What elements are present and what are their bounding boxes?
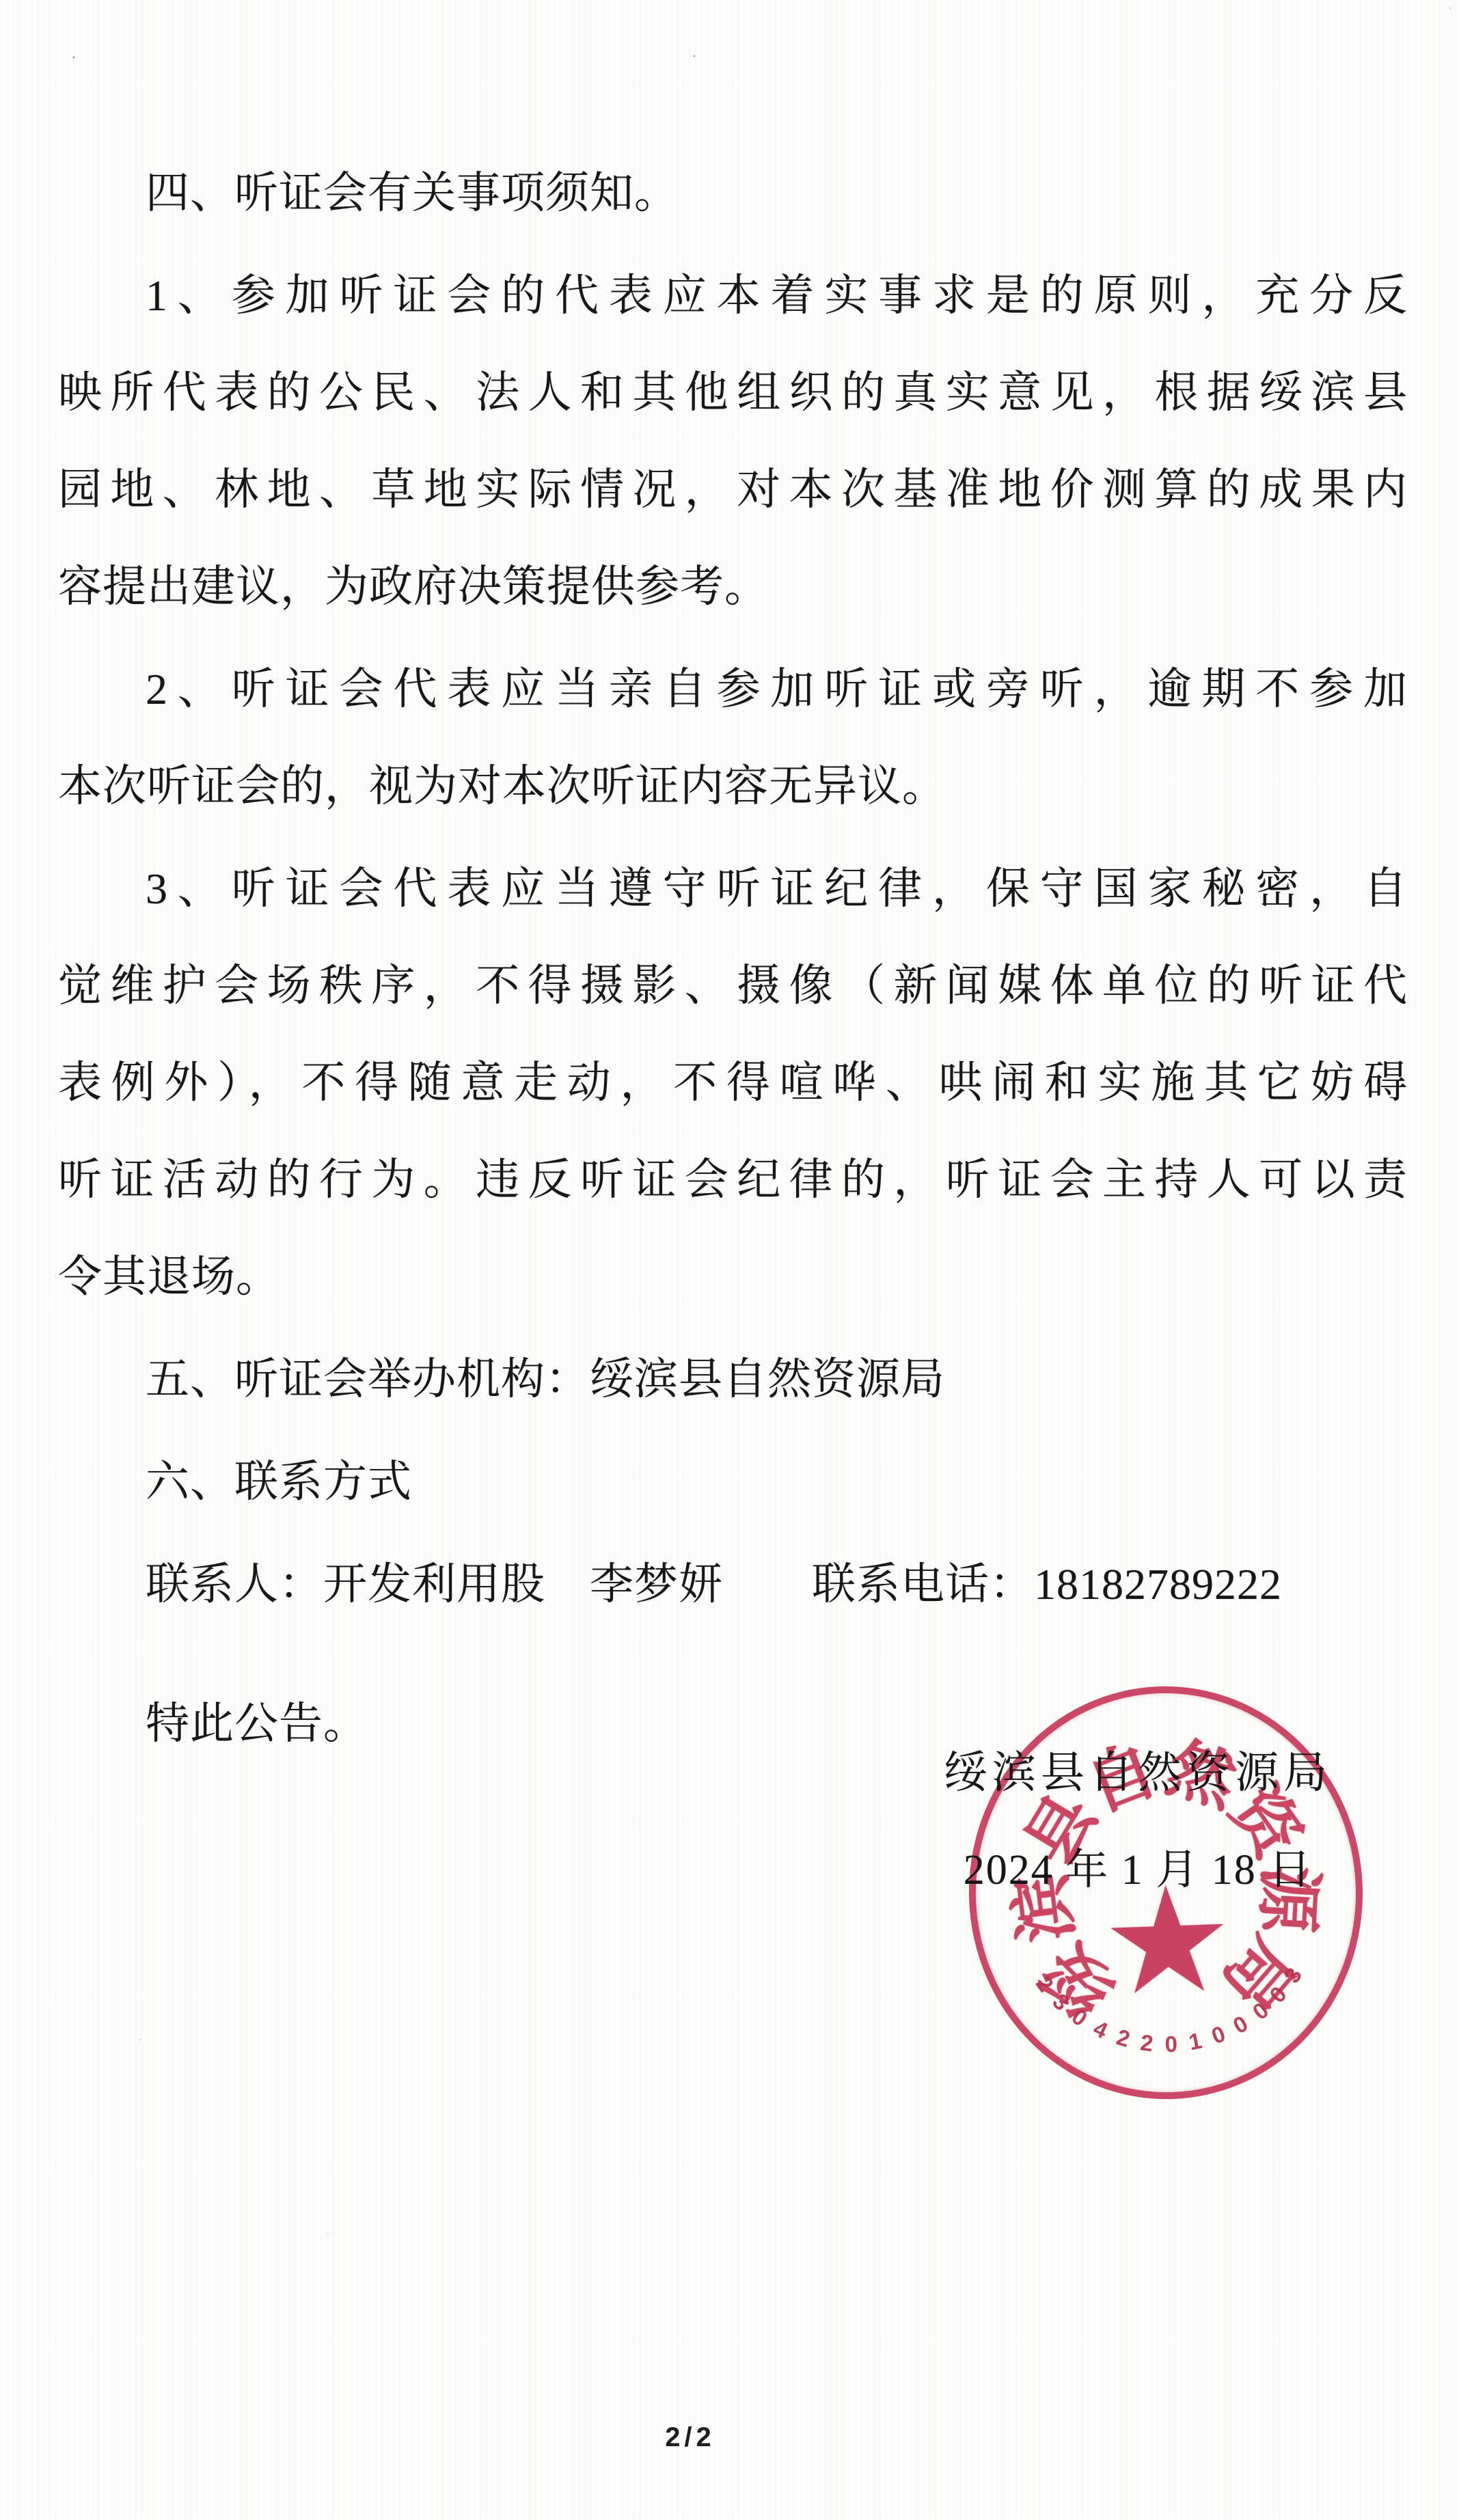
document-line: 令其退场。 — [58, 1229, 1408, 1326]
document-line: 听证活动的行为。违反听证会纪律的，听证会主持人可以责 — [58, 1132, 1408, 1229]
notice-body: 四、听证会有关事项须知。 1、参加听证会的代表应本着实事求是的原则，充分反 映所… — [58, 145, 1408, 1772]
document-line: 本次听证会的，视为对本次听证内容无异议。 — [58, 738, 1408, 835]
document-line: 1、参加听证会的代表应本着实事求是的原则，充分反 — [58, 247, 1408, 344]
document-line: 容提出建议，为政府决策提供参考。 — [58, 538, 1408, 635]
document-line: 2、听证会代表应当亲自参加听证或旁听，逾期不参加 — [58, 641, 1408, 738]
document-line: 六、联系方式 — [58, 1434, 1408, 1531]
document-line: 3、听证会代表应当遵守听证纪律，保守国家秘密，自 — [58, 840, 1408, 937]
document-line: 五、听证会举办机构：绥滨县自然资源局 — [58, 1331, 1408, 1428]
document-line: 映所代表的公民、法人和其他组织的真实意见，根据绥滨县 — [58, 344, 1408, 441]
signature-block: 绥滨县自然资源局 2024 年 1 月 18 日 — [944, 1749, 1332, 1894]
document-line: 园地、林地、草地实际情况，对本次基准地价测算的成果内 — [58, 441, 1408, 538]
document-line: 觉维护会场秩序，不得摄影、摄像（新闻媒体单位的听证代 — [58, 937, 1408, 1035]
document-line: 表例外），不得随意走动，不得喧哗、哄闹和实施其它妨碍 — [58, 1035, 1408, 1132]
signature-date: 2024 年 1 月 18 日 — [944, 1846, 1332, 1894]
page-number: 2/2 — [0, 2422, 1380, 2453]
document-line: 联系人：开发利用股 李梦妍 联系电话：18182789222 — [58, 1536, 1408, 1633]
signature-org: 绥滨县自然资源局 — [944, 1749, 1332, 1797]
document-line: 四、听证会有关事项须知。 — [58, 145, 1408, 242]
